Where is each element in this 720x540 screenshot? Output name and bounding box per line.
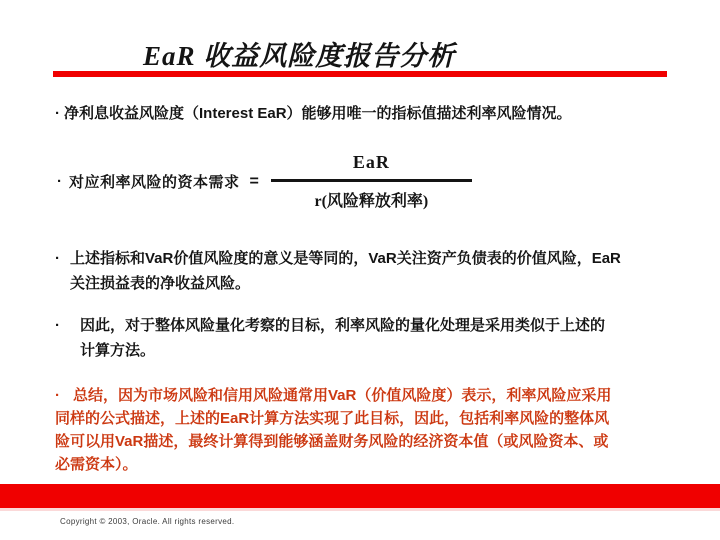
title-underline	[53, 71, 667, 77]
bullet-icon: ·	[57, 173, 62, 190]
bullet-icon: ·	[55, 104, 64, 123]
presentation-slide: EaR 收益风险度报告分析 · 净利息收益风险度（Interest EaR）能够…	[0, 0, 720, 540]
bullet-icon: ·	[55, 246, 70, 296]
slide-title: EaR 收益风险度报告分析	[143, 34, 455, 73]
bullet-icon: ·	[55, 387, 60, 404]
bullet-item-quantification-method: · 因此，对于整体风险量化考察的目标，利率风险的量化处理是采用类似于上述的 计算…	[55, 313, 671, 363]
bullet-text: 因此，对于整体风险量化考察的目标，利率风险的量化处理是采用类似于上述的 计算方法…	[80, 313, 605, 363]
formula-label: 对应利率风险的资本需求	[69, 171, 240, 192]
bullet-text: 上述指标和VaR价值风险度的意义是等同的，VaR关注资产负债表的价值风险，EaR…	[70, 246, 621, 296]
capital-requirement-formula: · 对应利率风险的资本需求 = EaR r(风险释放利率)	[57, 152, 472, 211]
fraction-denominator: r(风险释放利率)	[314, 182, 428, 211]
fraction: EaR r(风险释放利率)	[271, 152, 472, 211]
bullet-item-summary-emphasis: ·总结，因为市场风险和信用风险通常用VaR（价值风险度）表示，利率风险应采用 同…	[55, 384, 675, 476]
footer-red-bar	[0, 484, 720, 511]
bullet-icon: ·	[55, 313, 80, 363]
fraction-numerator: EaR	[353, 152, 390, 179]
bullet-item-var-comparison: · 上述指标和VaR价值风险度的意义是等同的，VaR关注资产负债表的价值风险，E…	[55, 246, 671, 296]
copyright-text: Copyright © 2003, Oracle. All rights res…	[60, 517, 234, 526]
bullet-text: 总结，因为市场风险和信用风险通常用VaR（价值风险度）表示，利率风险应采用 同样…	[55, 387, 611, 473]
bullet-text: 净利息收益风险度（Interest EaR）能够用唯一的指标值描述利率风险情况。	[64, 104, 572, 123]
equals-sign: =	[250, 173, 259, 191]
bullet-item-net-interest-ear: · 净利息收益风险度（Interest EaR）能够用唯一的指标值描述利率风险情…	[55, 104, 671, 123]
